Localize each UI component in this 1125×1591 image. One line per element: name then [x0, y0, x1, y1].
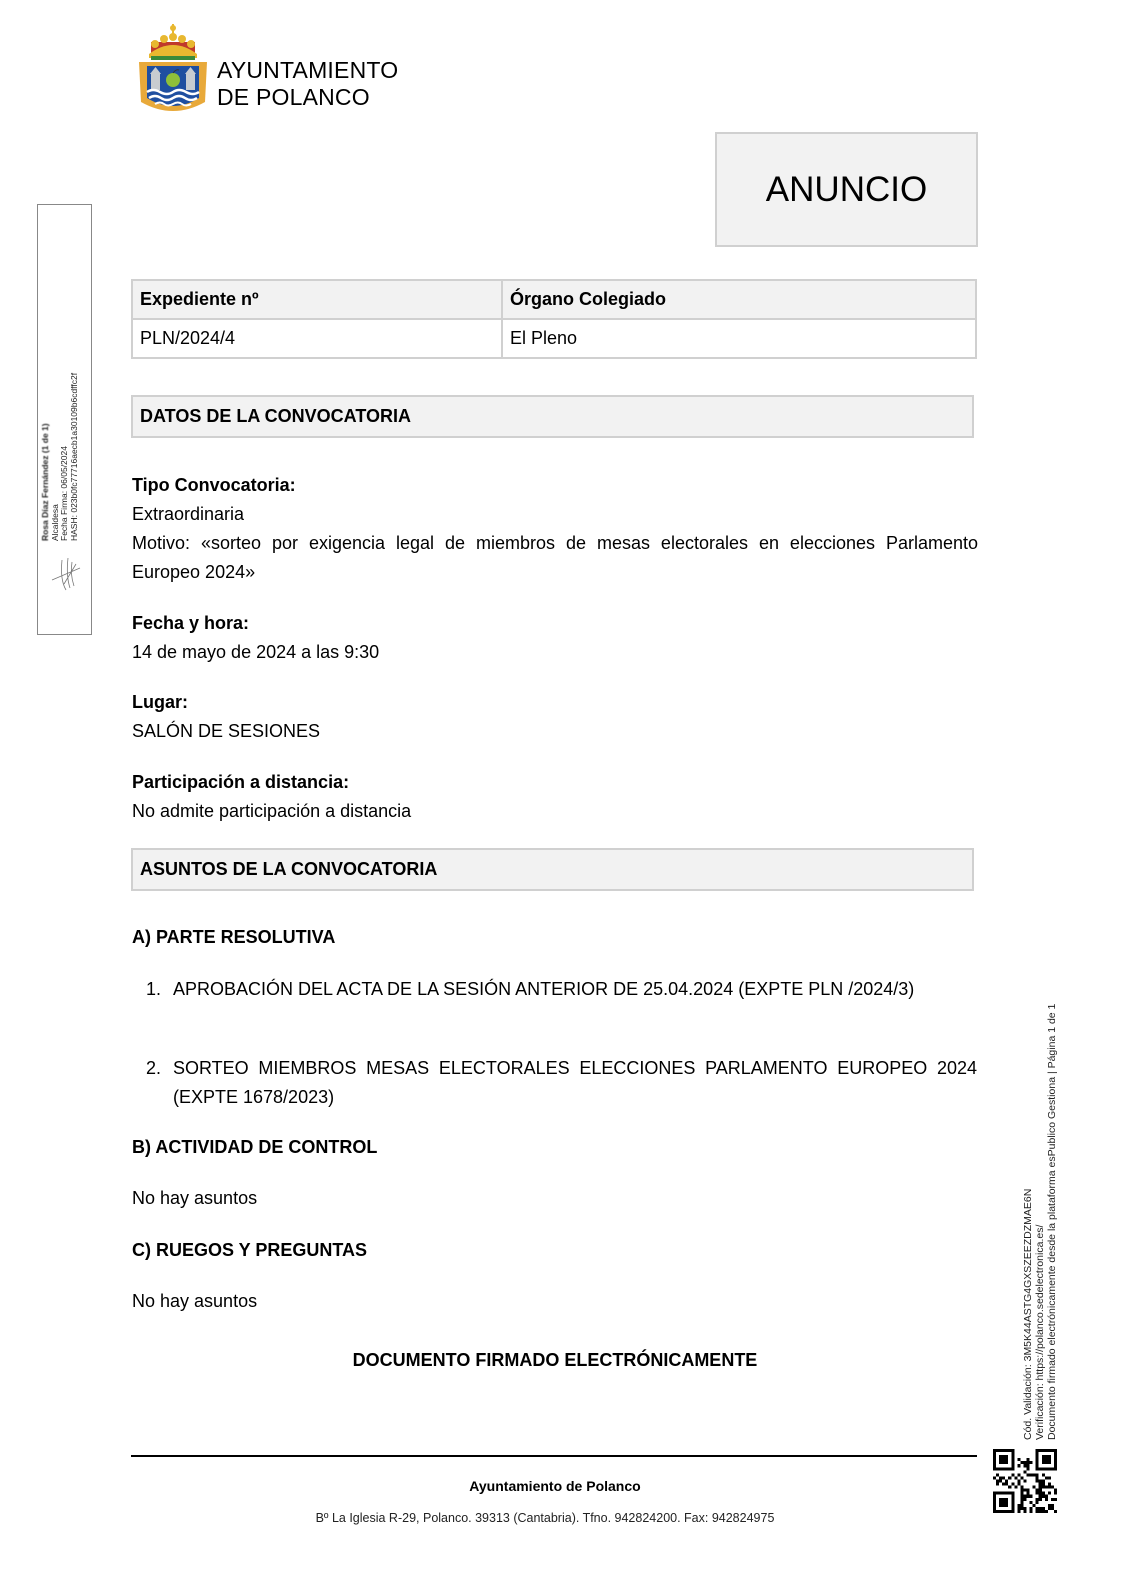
participacion-value: No admite participación a distancia [132, 797, 411, 826]
validation-code: Cód. Validación: 3M5K44ASTG4GXSZEEZDZMAE… [1022, 1004, 1034, 1440]
actividad-control-title: B) ACTIVIDAD DE CONTROL [132, 1137, 377, 1158]
footer-address: Bº La Iglesia R-29, Polanco. 39313 (Cant… [0, 1511, 1090, 1525]
org-name: AYUNTAMIENTO DE POLANCO [217, 57, 398, 111]
qr-code-icon [993, 1449, 1057, 1513]
expediente-table: Expediente nº Órgano Colegiado PLN/2024/… [131, 279, 977, 359]
verification-url[interactable]: Verificación: https://polanco.sedelectro… [1034, 1004, 1046, 1440]
actividad-control-text: No hay asuntos [132, 1184, 257, 1213]
section-asuntos-header: ASUNTOS DE LA CONVOCATORIA [131, 848, 974, 891]
participacion-label: Participación a distancia: [132, 768, 349, 797]
lugar-value: SALÓN DE SESIONES [132, 717, 320, 746]
fecha-label: Fecha y hora: [132, 609, 249, 638]
section-title: DATOS DE LA CONVOCATORIA [140, 406, 411, 427]
ruegos-title: C) RUEGOS Y PREGUNTAS [132, 1240, 367, 1261]
organo-value: El Pleno [502, 319, 976, 358]
tipo-value: Extraordinaria [132, 500, 244, 529]
footer-org: Ayuntamiento de Polanco [0, 1478, 1110, 1494]
header-organo: Órgano Colegiado [502, 280, 976, 319]
signature-hash: HASH: 023b0fc77716aecb1a30109b6cdffc2f [70, 373, 80, 541]
motivo-text: Motivo: «sorteo por exigencia legal de m… [132, 529, 978, 587]
header-expediente: Expediente nº [132, 280, 502, 319]
section-datos-header: DATOS DE LA CONVOCATORIA [131, 395, 974, 438]
document-type-box: ANUNCIO [715, 132, 978, 247]
platform-note: Documento firmado electrónicamente desde… [1046, 1004, 1058, 1440]
section-title: ASUNTOS DE LA CONVOCATORIA [140, 859, 437, 880]
list-item: 1. APROBACIÓN DEL ACTA DE LA SESIÓN ANTE… [146, 975, 977, 1004]
signed-notice: DOCUMENTO FIRMADO ELECTRÓNICAMENTE [0, 1350, 1110, 1371]
fecha-value: 14 de mayo de 2024 a las 9:30 [132, 638, 379, 667]
ruegos-text: No hay asuntos [132, 1287, 257, 1316]
lugar-label: Lugar: [132, 688, 188, 717]
item-number: 1. [146, 975, 173, 1004]
item-number: 2. [146, 1054, 173, 1112]
handwritten-signature-icon [46, 554, 82, 594]
footer-divider [131, 1455, 977, 1457]
table-row: PLN/2024/4 El Pleno [132, 319, 976, 358]
parte-resolutiva-title: A) PARTE RESOLUTIVA [132, 927, 335, 948]
verification-strip: Cód. Validación: 3M5K44ASTG4GXSZEEZDZMAE… [1022, 1004, 1058, 1440]
tipo-label: Tipo Convocatoria: [132, 471, 296, 500]
document-type: ANUNCIO [766, 170, 927, 210]
coat-of-arms-icon [137, 22, 209, 118]
expediente-value: PLN/2024/4 [132, 319, 502, 358]
org-name-line2: DE POLANCO [217, 84, 398, 111]
signer-name: Rosa Díaz Fernández (1 de 1) [41, 373, 51, 541]
signature-stamp: Rosa Díaz Fernández (1 de 1) Alcaldesa F… [37, 204, 92, 635]
list-item: 2. SORTEO MIEMBROS MESAS ELECTORALES ELE… [146, 1054, 977, 1112]
table-header-row: Expediente nº Órgano Colegiado [132, 280, 976, 319]
org-name-line1: AYUNTAMIENTO [217, 57, 398, 84]
item-text: APROBACIÓN DEL ACTA DE LA SESIÓN ANTERIO… [173, 975, 977, 1004]
item-text: SORTEO MIEMBROS MESAS ELECTORALES ELECCI… [173, 1054, 977, 1112]
